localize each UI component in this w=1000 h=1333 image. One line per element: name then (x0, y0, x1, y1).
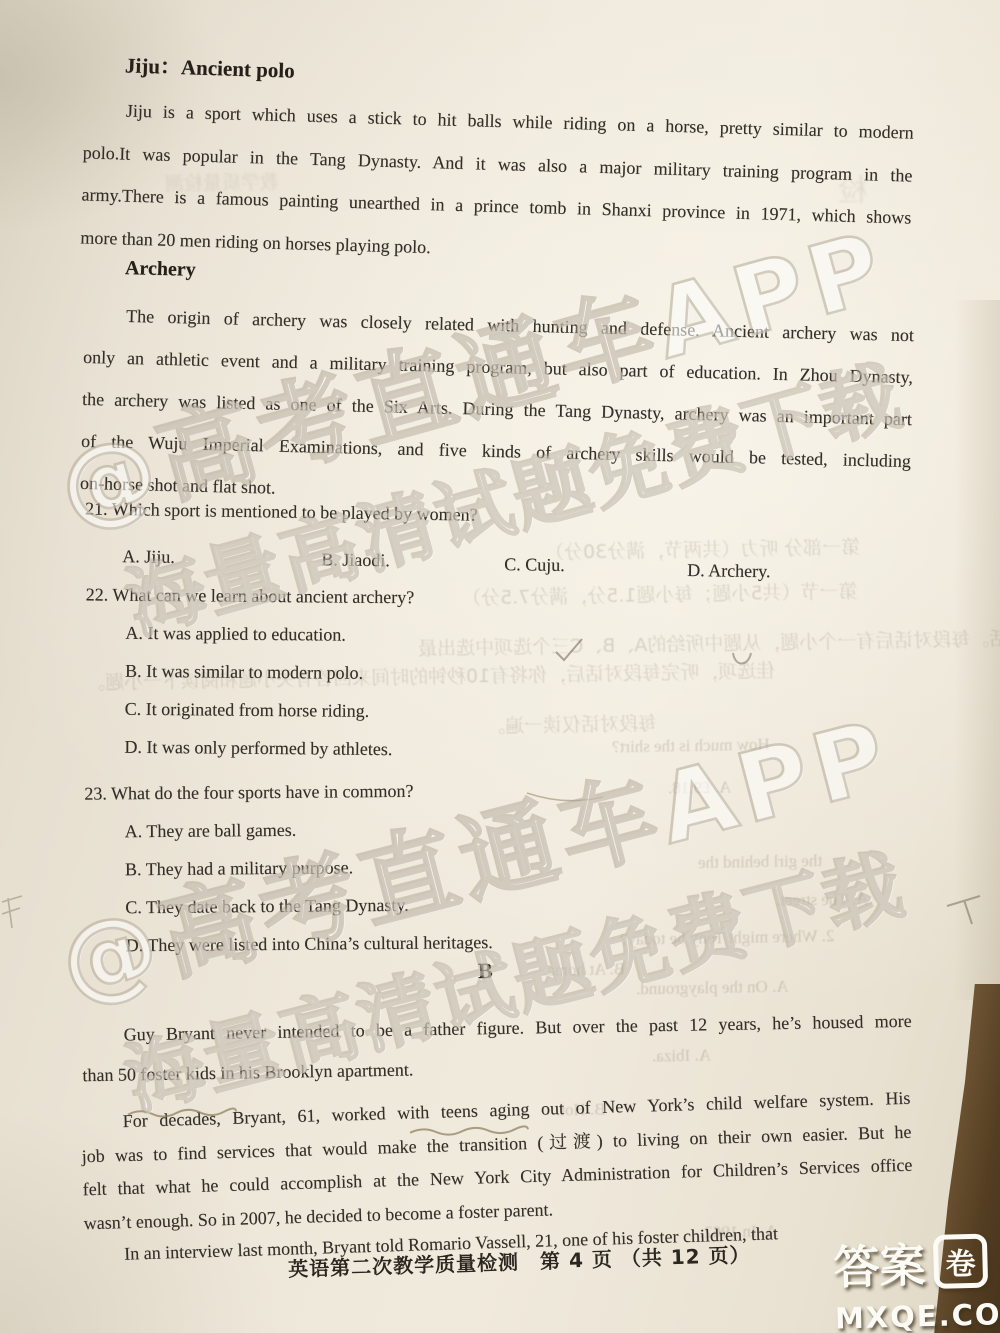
passage-a-paragraph-jiju: Jiju is a sport which uses a stick to hi… (80, 88, 914, 281)
question-21-option-d: D. Archery. (687, 560, 771, 582)
answer-site-url: MXQE.COM (835, 1296, 1000, 1333)
exam-page-photo: 第一部分 听力（共两节，满分30分） 第一节（共5小题；每小题1.5分，满分7.… (0, 0, 1000, 1333)
logo-circle-icon: 卷 (933, 1234, 988, 1289)
passage-b-paragraph-1: Guy Bryant never intended to be a father… (81, 1001, 912, 1095)
question-23-text: 23. What do the four sports have in comm… (84, 776, 914, 804)
passage-a-paragraph-archery: The origin of archery was closely relate… (80, 294, 915, 524)
passage-a-heading-archery: Archery (125, 257, 196, 282)
text-line: D. It was only performed by athletes. (84, 727, 914, 772)
pen-checkmark (553, 636, 587, 664)
passage-a-heading-jiju: Jiju：Ancient polo (125, 49, 296, 84)
question-21-option-b: B. Jiaodi. (321, 549, 390, 571)
question-23: 23. What do the four sports have in comm… (84, 776, 916, 964)
question-22-options: A. It was applied to education.B. It was… (84, 613, 915, 772)
pen-checkmark (730, 650, 754, 672)
pen-margin-mark (0, 894, 26, 934)
answer-site-logo: 答案 卷 MXQE.COM (833, 1226, 1000, 1333)
section-b-label: B (478, 958, 493, 984)
bleedthrough-text: A. On the playground. (636, 977, 789, 1000)
question-21-option-c: C. Cuju. (504, 554, 565, 576)
answer-site-logo-name: 答案 卷 (833, 1226, 1000, 1297)
question-23-options: A. They are ball games.B. They had a mil… (84, 805, 915, 964)
pencil-curve (525, 790, 605, 806)
question-21-option-a: A. Jiju. (122, 546, 175, 568)
logo-text: 答案 (833, 1229, 927, 1297)
question-22: 22. What can we learn about ancient arch… (84, 584, 916, 772)
text-line: D. They were listed into China’s cultura… (85, 919, 915, 964)
page-edge-shadow (954, 300, 1000, 1000)
bleedthrough-text: B. At home. (543, 959, 626, 980)
